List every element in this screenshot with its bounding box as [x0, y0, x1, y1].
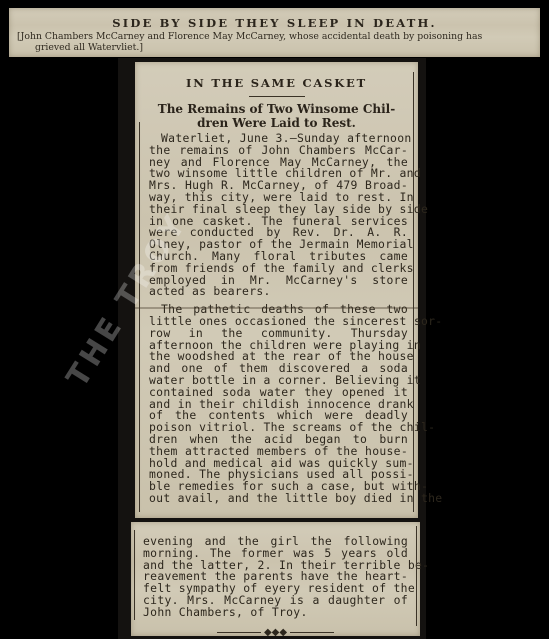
banner-caption-line-2: grieved all Watervliet.] [17, 43, 534, 54]
banner-title: SIDE BY SIDE THEY SLEEP IN DEATH. [9, 16, 540, 30]
article-paragraph-1: Waterliet, June 3.—Sunday afternoon the … [135, 133, 418, 298]
article-paragraph-2: The pathetic deaths of these two little … [135, 304, 418, 505]
column-rule-right [416, 526, 417, 626]
text-line: John Chambers, of Troy. [143, 607, 408, 619]
paper-fold-line [135, 307, 418, 309]
article-clipping: IN THE SAME CASKET The Remains of Two Wi… [135, 62, 418, 518]
continuation-clipping: evening and the girl the following morni… [131, 522, 420, 636]
subhead-line-2: dren Were Laid to Rest. [141, 116, 412, 130]
banner-caption-line-1: [John Chambers McCarney and Florence May… [17, 31, 482, 42]
text-line: acted as bearers. [149, 286, 408, 298]
ornament-diamonds-icon: ◆◆◆ [264, 627, 287, 638]
continuation-paragraph: evening and the girl the following morni… [131, 522, 420, 619]
article-subheadline: The Remains of Two Winsome Chil- dren We… [135, 102, 418, 130]
ornament-rule-right [290, 632, 334, 633]
banner-caption: [John Chambers McCarney and Florence May… [17, 32, 534, 53]
column-rule-right [413, 72, 414, 512]
ornament-rule-left [217, 632, 261, 633]
subhead-line-1: The Remains of Two Winsome Chil- [141, 102, 412, 116]
column-rule-left [139, 122, 140, 512]
end-ornament: ◆◆◆ [131, 627, 420, 638]
column-rule-left [134, 530, 135, 620]
headline-divider [249, 96, 305, 97]
article-headline: IN THE SAME CASKET [135, 76, 418, 90]
text-line: out avail, and the little boy died in th… [149, 493, 408, 505]
headline-banner-clipping: SIDE BY SIDE THEY SLEEP IN DEATH. [John … [9, 8, 540, 57]
